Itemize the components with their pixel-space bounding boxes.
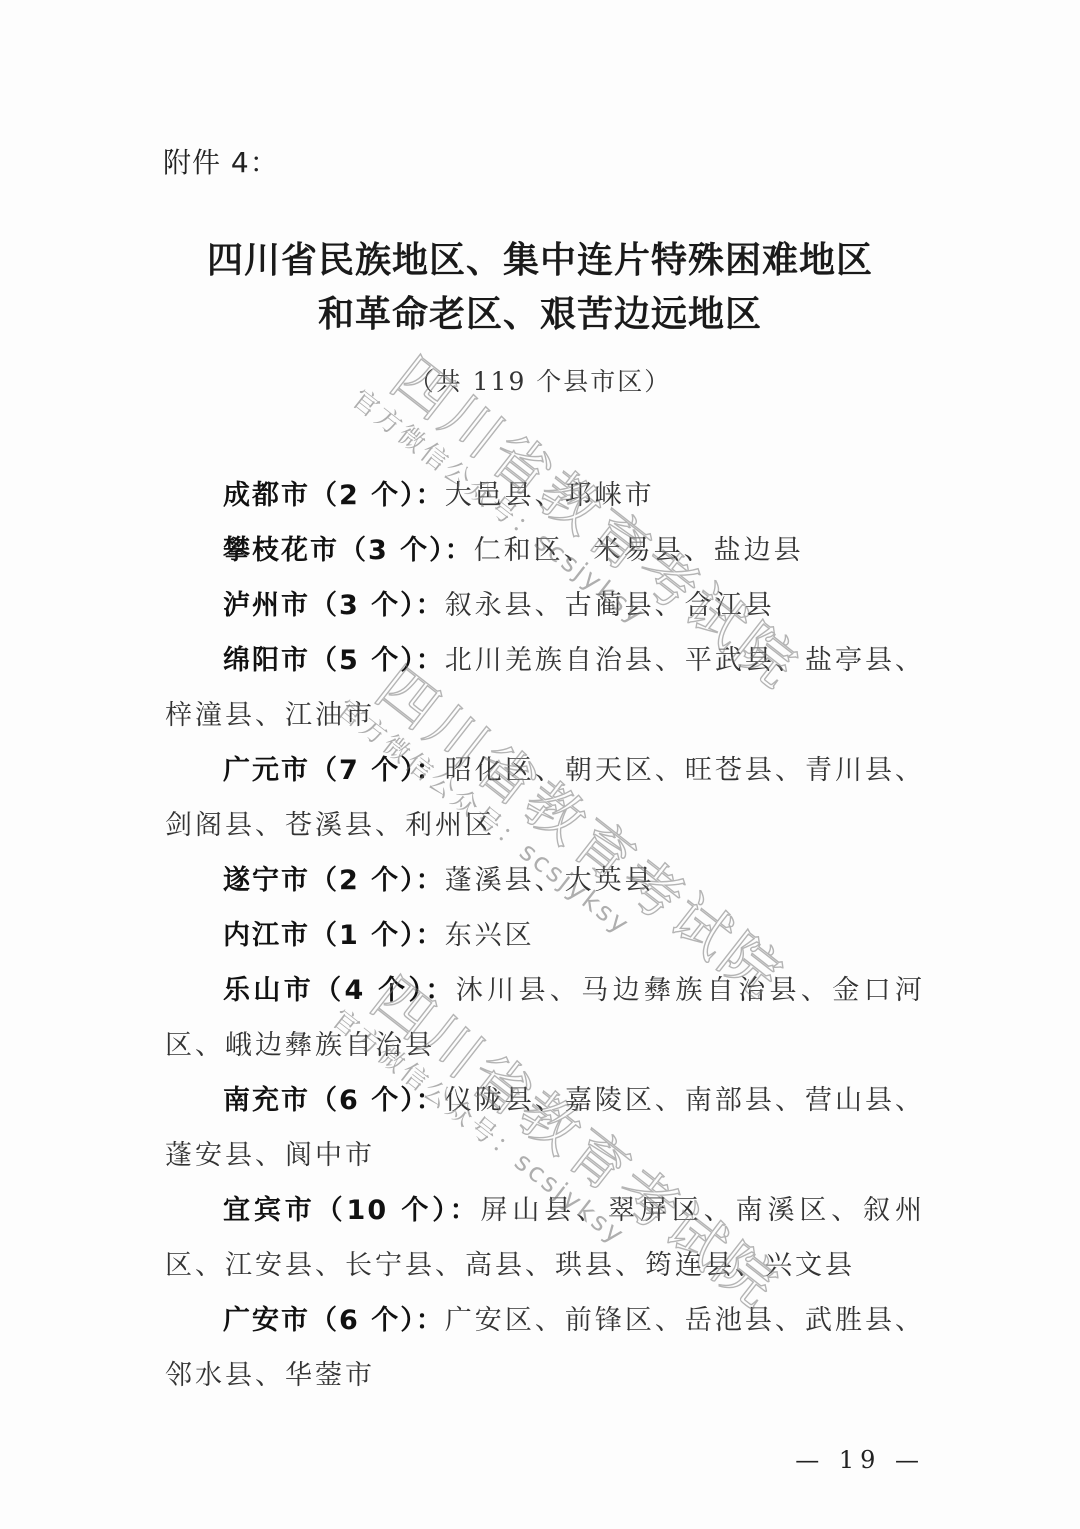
- city-name: 攀枝花市（3 个）：: [223, 535, 474, 566]
- list-item-guangan: 广安市（6 个）：广安区、前锋区、岳池县、武胜县、邻水县、华蓥市: [165, 1293, 925, 1403]
- county-names: 蓬溪县、大英县: [445, 865, 655, 896]
- list-item-luzhou: 泸州市（3 个）：叙永县、古蔺县、合江县: [165, 578, 925, 633]
- title-line-1: 四川省民族地区、集中连片特殊困难地区: [0, 234, 1080, 288]
- city-name: 乐山市（4 个）：: [223, 975, 456, 1006]
- list-item-suining: 遂宁市（2 个）：蓬溪县、大英县: [165, 853, 925, 908]
- city-name: 内江市（1 个）：: [223, 920, 445, 951]
- page-number: — 19 —: [795, 1442, 925, 1478]
- document-title: 四川省民族地区、集中连片特殊困难地区 和革命老区、艰苦边远地区: [0, 234, 1080, 342]
- county-list: 成都市（2 个）：大邑县、邛崃市 攀枝花市（3 个）：仁和区、米易县、盐边县 泸…: [165, 468, 925, 1403]
- county-names: 东兴区: [445, 920, 535, 951]
- list-item-panzhihua: 攀枝花市（3 个）：仁和区、米易县、盐边县: [165, 523, 925, 578]
- city-name: 绵阳市（5 个）：: [223, 645, 445, 676]
- list-item-leshan: 乐山市（4 个）：沐川县、马边彝族自治县、金口河区、峨边彝族自治县: [165, 963, 925, 1073]
- document-page: 附件 4： 四川省民族地区、集中连片特殊困难地区 和革命老区、艰苦边远地区 （共…: [0, 0, 1080, 1529]
- city-name: 宜宾市（10 个）：: [223, 1195, 481, 1226]
- attachment-label: 附件 4：: [163, 143, 279, 183]
- city-name: 广安市（6 个）：: [223, 1305, 445, 1336]
- list-item-guangyuan: 广元市（7 个）：昭化区、朝天区、旺苍县、青川县、剑阁县、苍溪县、利州区: [165, 743, 925, 853]
- city-name: 成都市（2 个）：: [223, 480, 445, 511]
- city-name: 遂宁市（2 个）：: [223, 865, 445, 896]
- list-item-chengdu: 成都市（2 个）：大邑县、邛崃市: [165, 468, 925, 523]
- city-name: 泸州市（3 个）：: [223, 590, 445, 621]
- city-name: 广元市（7 个）：: [223, 755, 445, 786]
- county-names: 大邑县、邛崃市: [445, 480, 655, 511]
- county-names: 叙永县、古蔺县、合江县: [445, 590, 775, 621]
- list-item-nanchong: 南充市（6 个）：仪陇县、嘉陵区、南部县、营山县、蓬安县、阆中市: [165, 1073, 925, 1183]
- list-item-yibin: 宜宾市（10 个）：屏山县、翠屏区、南溪区、叙州区、江安县、长宁县、高县、珙县、…: [165, 1183, 925, 1293]
- document-subtitle: （共 119 个县市区）: [0, 362, 1080, 402]
- county-names: 仁和区、米易县、盐边县: [474, 535, 804, 566]
- list-item-neijiang: 内江市（1 个）：东兴区: [165, 908, 925, 963]
- list-item-mianyang: 绵阳市（5 个）：北川羌族自治县、平武县、盐亭县、梓潼县、江油市: [165, 633, 925, 743]
- title-line-2: 和革命老区、艰苦边远地区: [0, 288, 1080, 342]
- city-name: 南充市（6 个）：: [223, 1085, 445, 1116]
